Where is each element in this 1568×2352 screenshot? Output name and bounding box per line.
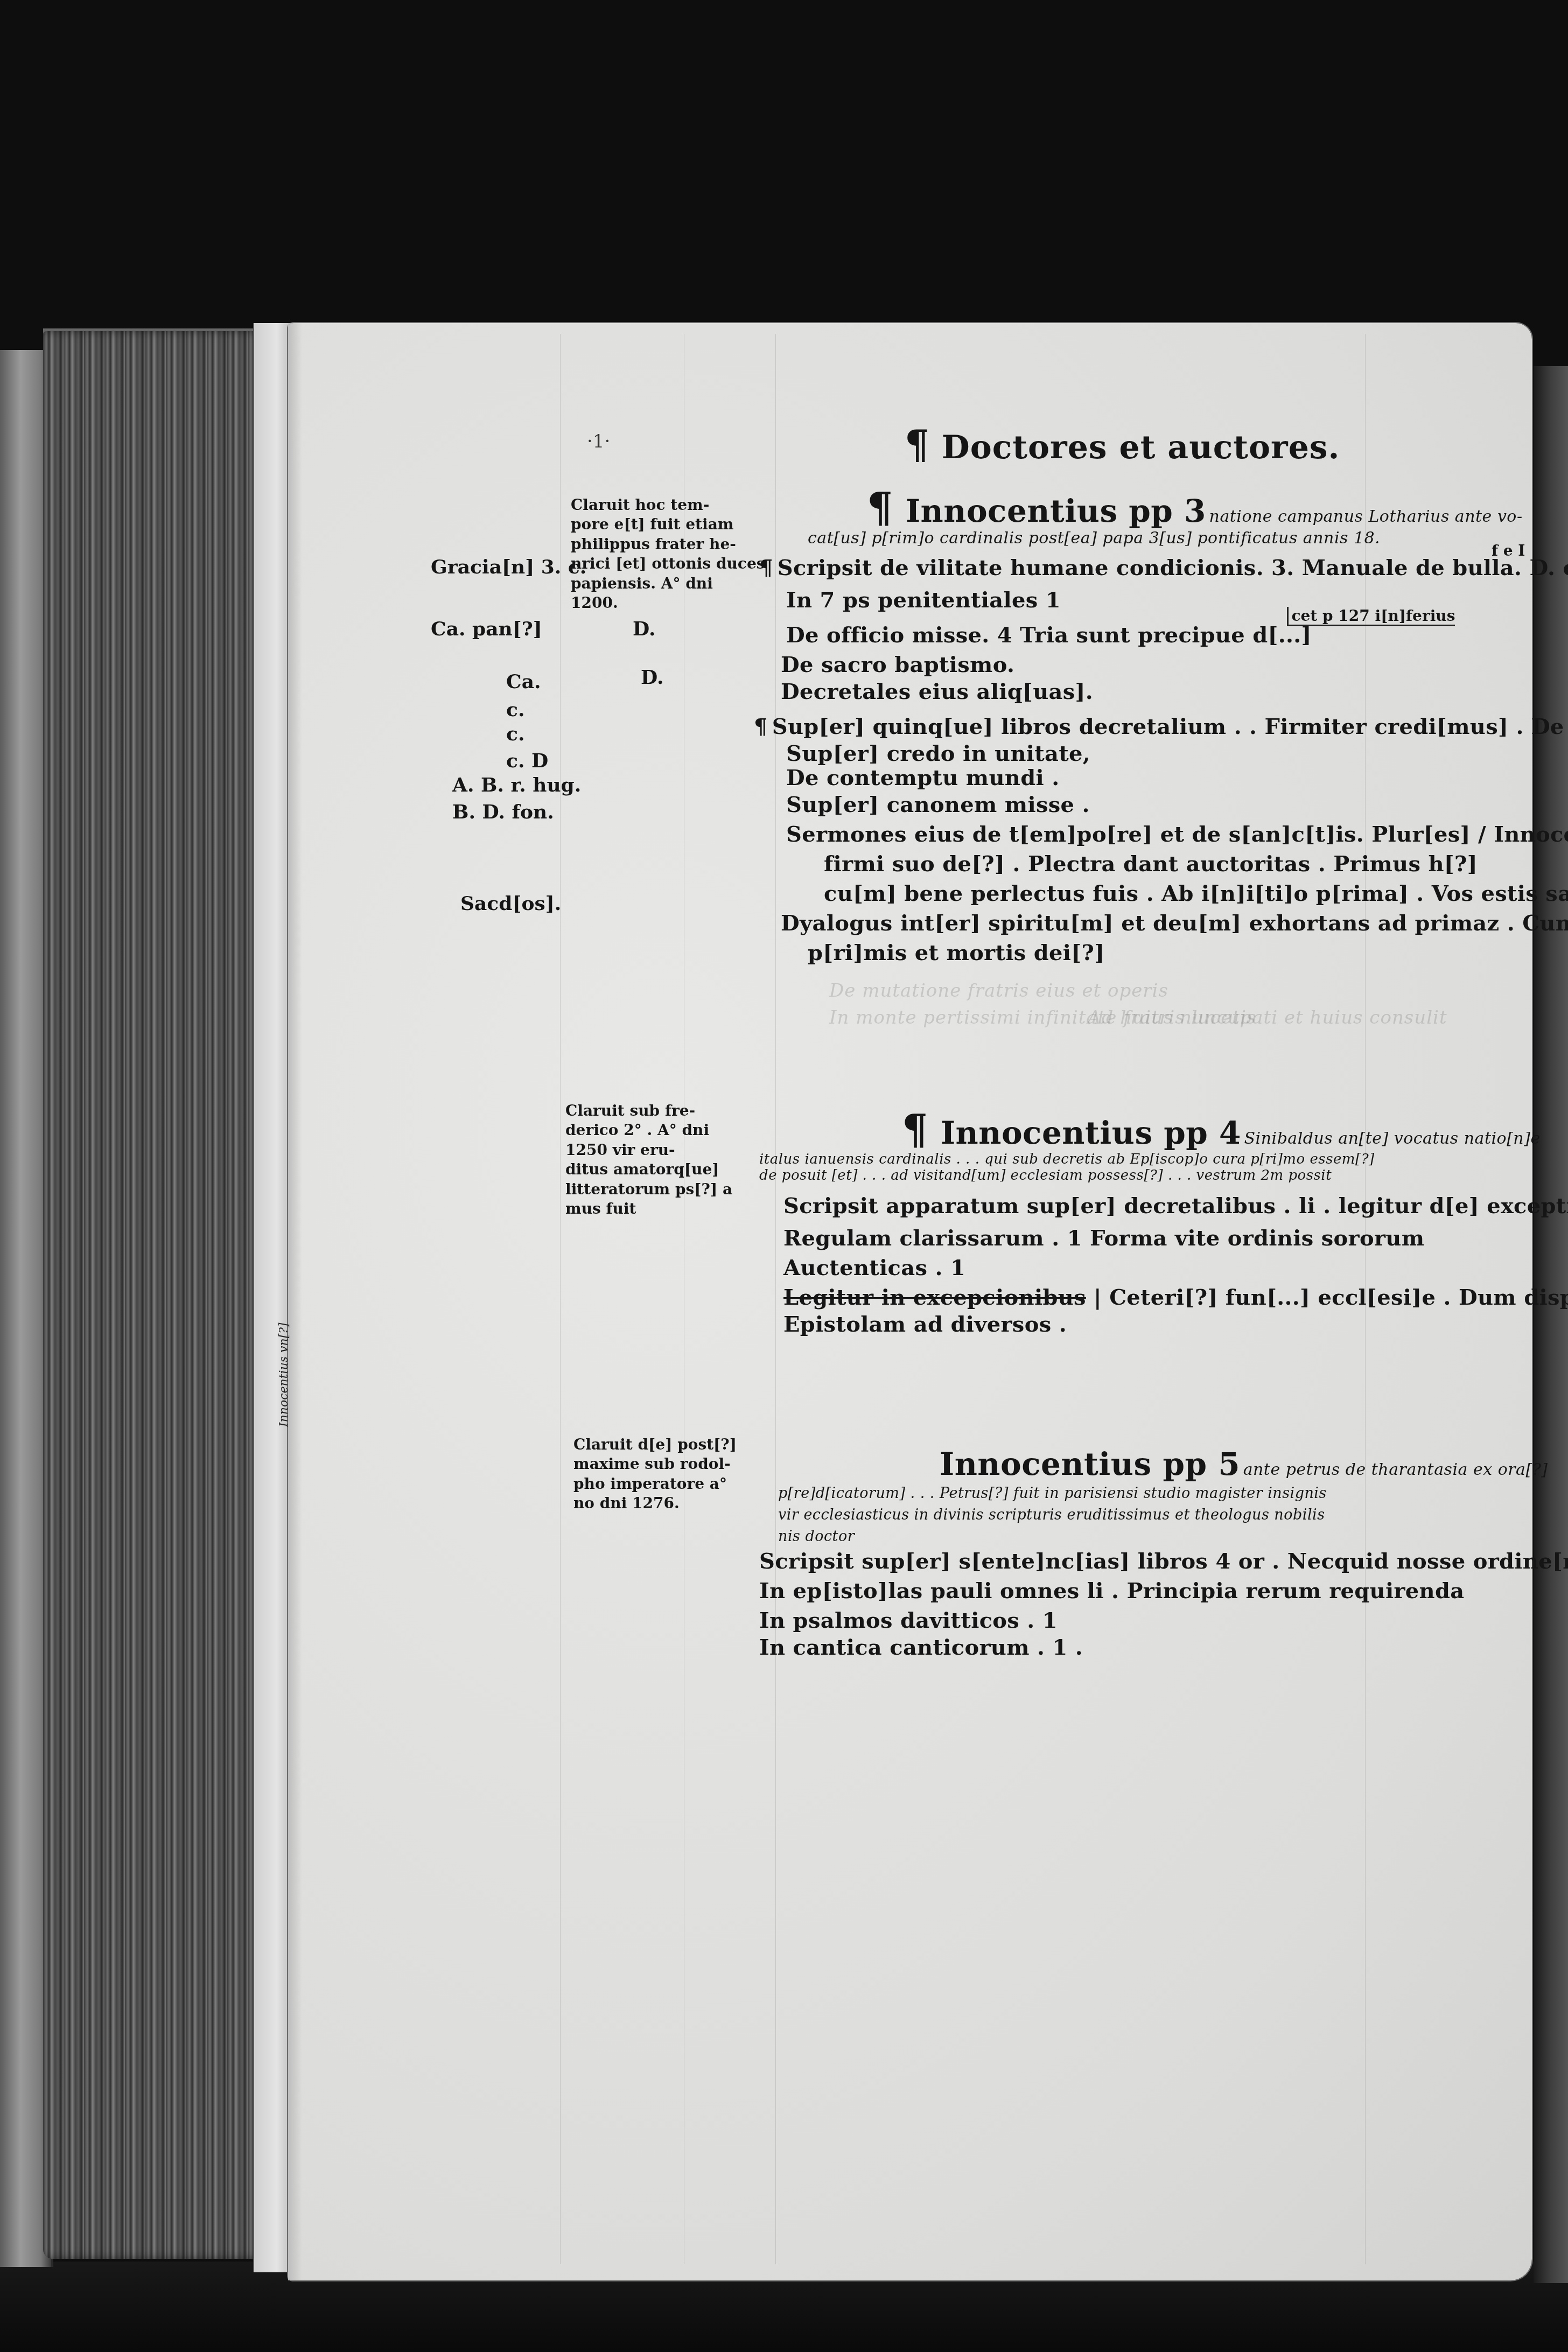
struck-text: Legitur in excepcionibus: [783, 1285, 1086, 1310]
bleed-through-text: De mutatione fratris eius et operis: [829, 980, 1168, 1002]
entry-continuation: p[re]d[icatorum] . . . Petrus[?] fuit in…: [778, 1486, 1327, 1501]
work-line: In 7 ps penitentiales 1: [786, 590, 1061, 611]
left-margin-ref: A. B. r. hug.: [452, 775, 581, 795]
work-line: Legitur in excepcionibus | Ceteri[?] fun…: [783, 1287, 1568, 1308]
mid-margin-mark: D.: [633, 619, 655, 639]
work-line: Decretales eius aliq[uas].: [781, 681, 1093, 703]
right-cover-board: [1534, 366, 1568, 2283]
left-margin-ref: c. D: [506, 751, 548, 771]
work-line: Sup[er] credo in unitate,: [786, 743, 1090, 765]
work-line: ¶Scripsit de vilitate humane condicionis…: [759, 557, 1568, 579]
work-line: Sermones eius de t[em]po[re] et de s[an]…: [786, 824, 1568, 845]
work-line: Dyalogus int[er] spiritu[m] et deu[m] ex…: [781, 913, 1568, 934]
work-line: Regulam clarissarum . 1 Forma vite ordin…: [783, 1228, 1424, 1249]
ruling-line: [560, 334, 561, 2264]
margin-note: Claruit sub fre- derico 2° . A° dni 1250…: [565, 1101, 732, 1219]
entry-continuation: vir ecclesiasticus in divinis scripturis…: [778, 1508, 1325, 1522]
pilcrow-icon: ¶: [759, 555, 773, 580]
work-line: Sup[er] canonem misse .: [786, 794, 1090, 816]
work-line: ¶Sup[er] quinq[ue] libros decretalium . …: [754, 716, 1568, 738]
entry-title: Innocentius pp 3: [906, 493, 1206, 529]
entry-title: Innocentius pp 4: [941, 1115, 1241, 1151]
entry-title-row: Innocentius pp 5 ante petrus de tharanta…: [940, 1448, 1548, 1480]
pilcrow-icon: ¶: [867, 484, 893, 531]
work-line: In cantica canticorum . 1 .: [759, 1637, 1083, 1658]
work-line: De sacro baptismo.: [781, 654, 1014, 676]
margin-note: Claruit d[e] post[?] maxime sub rodol- p…: [573, 1435, 737, 1514]
work-line: cu[m] bene perlectus fuis . Ab i[n]i[ti]…: [824, 883, 1568, 905]
entry-title-suffix: ante petrus de tharantasia ex ora[?]: [1243, 1460, 1548, 1479]
left-margin-ref: c.: [506, 700, 524, 719]
margin-note: Claruit hoc tem- pore e[t] fuit etiam ph…: [571, 495, 765, 613]
work-line: De contemptu mundi .: [786, 767, 1059, 789]
folio-mark: ·1·: [587, 431, 610, 452]
ruling-line: [775, 334, 776, 2264]
entry-title-row: ¶ Innocentius pp 4 Sinibaldus an[te] voc…: [902, 1109, 1541, 1150]
left-margin-ref: Ca. pan[?]: [431, 619, 542, 639]
entry-title-suffix: natione campanus Lotharius ante vo-: [1209, 507, 1523, 526]
work-line: Epistolam ad diversos .: [783, 1314, 1067, 1335]
inner-margin-note: Innocentius vn[?]: [277, 1322, 291, 1427]
work-line: p[ri]mis et mortis dei[?]: [808, 942, 1105, 964]
entry-continuation: italus ianuensis cardinalis . . . qui su…: [759, 1152, 1375, 1166]
ruling-line: [684, 334, 684, 2264]
entry-continuation: nis doctor: [778, 1529, 855, 1544]
mid-margin-mark: D.: [641, 668, 663, 687]
pilcrow-icon: ¶: [754, 714, 768, 739]
bleed-through-text: Ad huius nuncupati et huius consulit: [1088, 1007, 1447, 1028]
page-heading: ¶ Doctores et auctores.: [905, 425, 1340, 464]
entry-continuation: de posuit [et] . . . ad visitand[um] ecc…: [759, 1168, 1332, 1182]
left-margin-ref: c.: [506, 724, 524, 744]
entry-title: Innocentius pp 5: [940, 1446, 1240, 1482]
work-line: Scripsit sup[er] s[ente]nc[ias] libros 4…: [759, 1551, 1568, 1572]
left-margin-ref: Ca.: [506, 672, 541, 691]
work-line: firmi suo de[?] . Plectra dant auctorita…: [824, 853, 1478, 875]
work-line: Auctenticas . 1: [783, 1257, 965, 1279]
left-margin-ref: Sacd[os].: [460, 894, 561, 913]
left-margin-ref: B. D. fon.: [452, 802, 554, 822]
left-margin-ref: Gracia[n] 3. c.: [431, 557, 586, 577]
entry-title-row: ¶ Innocentius pp 3 natione campanus Loth…: [867, 487, 1523, 528]
work-line: In psalmos davitticos . 1: [759, 1610, 1058, 1632]
work-line: In ep[isto]las pauli omnes li . Principi…: [759, 1580, 1464, 1602]
gutter-strip: [253, 323, 292, 2272]
entry-continuation: cat[us] p[rim]o cardinalis post[ea] papa…: [808, 530, 1380, 547]
pilcrow-icon: ¶: [905, 422, 930, 467]
work-line: De officio misse. 4 Tria sunt precipue d…: [786, 625, 1312, 646]
pilcrow-icon: ¶: [902, 1105, 928, 1153]
entry-title-suffix: Sinibaldus an[te] vocatus natio[n]e: [1244, 1129, 1541, 1148]
right-margin-note: cet p 127 i[n]ferius: [1276, 587, 1455, 626]
work-line: Scripsit apparatum sup[er] decretalibus …: [783, 1195, 1568, 1217]
heading-text: Doctores et auctores.: [942, 429, 1340, 466]
